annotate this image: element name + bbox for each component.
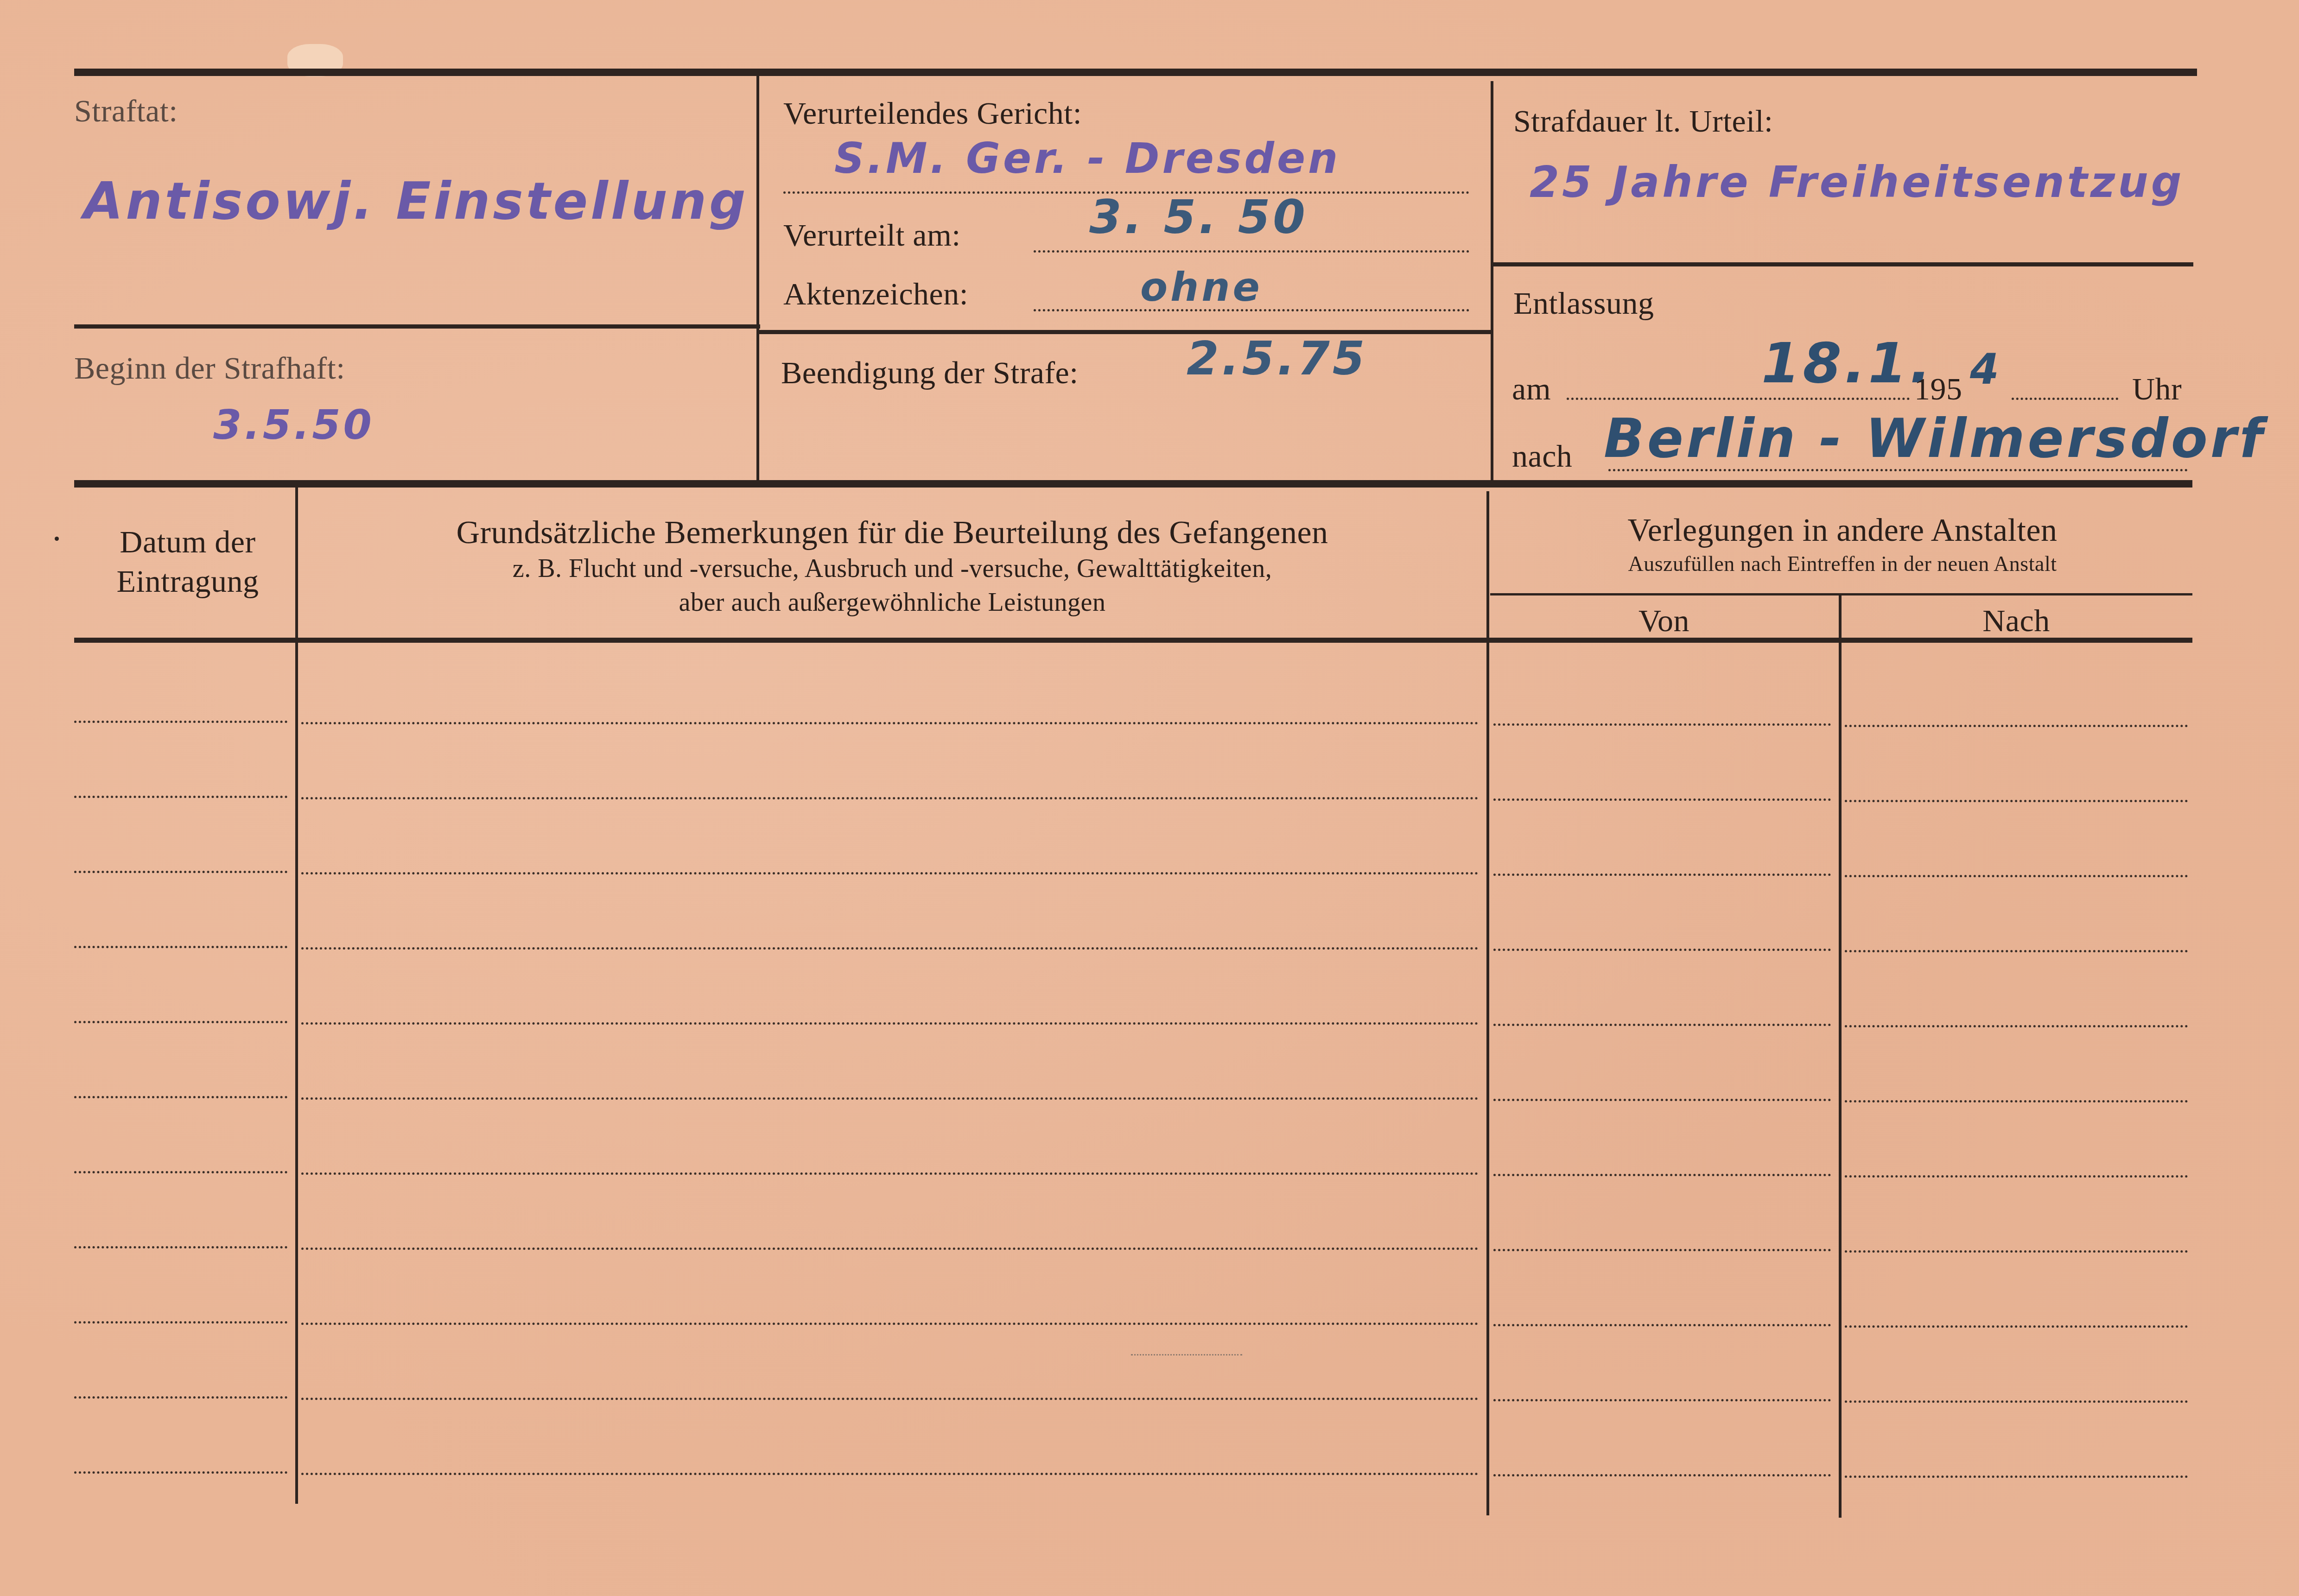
table-row-line	[301, 797, 1479, 799]
table-row-line	[1493, 1474, 1831, 1476]
beendigung-value: 2.5.75	[1187, 331, 1367, 386]
entlassung-am-label: am	[1512, 371, 1551, 407]
top-rule	[74, 69, 2197, 76]
table-row-line	[301, 1248, 1479, 1250]
table-row-line	[1493, 798, 1831, 801]
aktenzeichen-value: ohne	[1140, 264, 1263, 310]
verlegungen-header-title: Verlegungen in andere Anstalten	[1490, 512, 2195, 549]
table-row-line	[1493, 1174, 1831, 1176]
top-divider-2	[1491, 81, 1493, 484]
table-row-line	[301, 947, 1479, 950]
nach-header: Nach	[1842, 602, 2190, 639]
table-row-line	[1493, 1399, 1831, 1401]
table-row-line	[74, 871, 287, 873]
entlassung-am-dotted-line	[1567, 398, 1910, 400]
table-row-line	[1845, 1250, 2188, 1253]
verurteilt-am-value: 3. 5. 50	[1089, 190, 1308, 244]
table-row-line	[301, 722, 1479, 724]
table-row-line	[1493, 949, 1831, 951]
table-row-line	[1493, 1099, 1831, 1101]
table-row-line	[1493, 1324, 1831, 1326]
verurteilt-am-dotted-line	[1034, 250, 1469, 253]
table-row-line	[301, 1097, 1479, 1100]
straftat-value: Antisowj. Einstellung	[83, 171, 749, 231]
table-row-line	[74, 1396, 287, 1399]
table-row-line	[301, 1022, 1479, 1025]
bemerkungen-header-line2: z. B. Flucht und -versuche, Ausbruch und…	[299, 554, 1486, 583]
table-row-line	[74, 1471, 287, 1474]
table-row-line	[1845, 875, 2188, 877]
strafdauer-label: Strafdauer lt. Urteil:	[1513, 103, 1773, 139]
table-row-line	[301, 1323, 1479, 1325]
table-divider-von-nach	[1839, 595, 1842, 1518]
entlassung-uhr-dotted-line	[2012, 398, 2118, 400]
table-row-line	[301, 872, 1479, 874]
middle-mid-rule	[756, 330, 1493, 334]
table-row-line	[301, 1172, 1479, 1175]
top-divider-1	[756, 74, 759, 482]
table-row-line	[1845, 800, 2188, 802]
entlassung-uhr-label: Uhr	[2132, 371, 2182, 407]
gericht-label: Verurteilendes Gericht:	[783, 95, 1082, 132]
beendigung-label: Beendigung der Strafe:	[781, 355, 1079, 391]
entlassung-nach-dotted-line	[1608, 469, 2188, 471]
table-row-line	[1493, 874, 1831, 876]
entlassung-year-suffix: 4	[1970, 345, 2002, 394]
table-header-bottom-rule	[74, 638, 2192, 643]
entlassung-year-prefix: 195	[1914, 371, 1962, 407]
straftat-label: Straftat:	[74, 93, 178, 129]
right-mid-rule	[1493, 262, 2193, 266]
gericht-value: S.M. Ger. - Dresden	[834, 134, 1340, 183]
strafdauer-value: 25 Jahre Freiheitsentzug	[1530, 158, 2185, 207]
table-row-line	[1845, 1400, 2188, 1403]
beginn-label: Beginn der Strafhaft:	[74, 350, 345, 386]
datum-header-line2: Eintragung	[81, 563, 294, 600]
table-row-line	[74, 721, 287, 723]
table-row-line	[1845, 1025, 2188, 1027]
table-row-line	[1845, 1175, 2188, 1178]
margin-dot	[55, 537, 59, 541]
aktenzeichen-label: Aktenzeichen:	[783, 276, 968, 312]
table-row-line	[301, 1473, 1479, 1475]
bemerkungen-header-title: Grundsätzliche Bemerkungen für die Beurt…	[299, 514, 1486, 551]
printer-mark	[1131, 1348, 1242, 1355]
table-row-line	[1493, 1249, 1831, 1251]
verurteilt-am-label: Verurteilt am:	[783, 217, 961, 253]
table-top-rule	[74, 480, 2192, 488]
table-row-line	[74, 1321, 287, 1324]
entlassung-nach-label: nach	[1512, 438, 1572, 475]
table-row-line	[1845, 1100, 2188, 1102]
entlassung-nach-value: Berlin - Wilmersdorf	[1604, 408, 2266, 470]
table-divider-bemerkungen	[1486, 491, 1489, 1515]
left-mid-rule	[74, 324, 760, 329]
table-row-line	[1845, 1476, 2188, 1478]
table-row-line	[74, 946, 287, 948]
table-row-line	[1493, 1024, 1831, 1026]
table-row-line	[1845, 950, 2188, 952]
table-row-line	[1845, 725, 2188, 727]
table-row-line	[1493, 723, 1831, 726]
datum-header-line1: Datum der	[81, 524, 294, 560]
table-row-line	[74, 1096, 287, 1098]
table-row-line	[74, 796, 287, 798]
verlegungen-sub-rule	[1490, 593, 2192, 595]
table-row-line	[74, 1171, 287, 1173]
table-row-line	[74, 1246, 287, 1248]
entlassung-label: Entlassung	[1513, 285, 1654, 322]
table-row-line	[1845, 1325, 2188, 1328]
bemerkungen-header-line3: aber auch außergewöhnliche Leistungen	[299, 588, 1486, 617]
beginn-value: 3.5.50	[213, 401, 375, 449]
table-row-line	[301, 1398, 1479, 1400]
verlegungen-header-subtitle: Auszufüllen nach Eintreffen in der neuen…	[1490, 551, 2195, 576]
aktenzeichen-dotted-line	[1034, 309, 1469, 311]
table-row-line	[74, 1021, 287, 1023]
entlassung-date-value: 18.1.	[1761, 331, 1934, 396]
von-header: Von	[1490, 602, 1838, 639]
